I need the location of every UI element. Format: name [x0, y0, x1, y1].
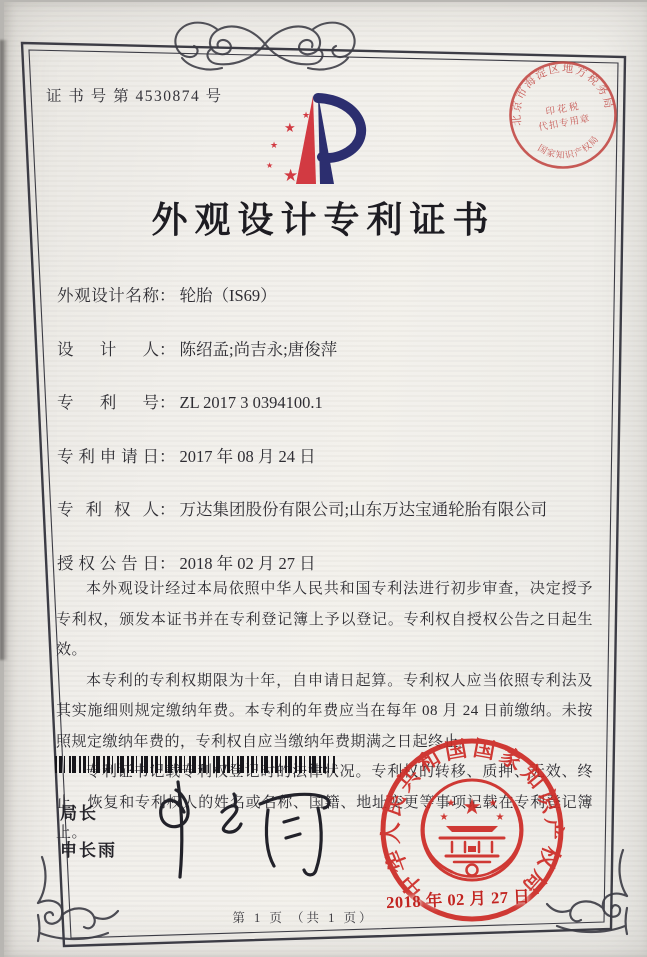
page-footer: 第 1 页 （共 1 页）	[0, 908, 607, 926]
certificate-fields: 外观设计名称：轮胎（IS69） 设计人：陈绍孟;尚吉永;唐俊萍 专利号：ZL 2…	[57, 282, 602, 603]
field-colon: ：	[159, 496, 176, 520]
certificate-title: 外观设计专利证书	[0, 192, 647, 243]
field-label: 授权公告日	[57, 550, 159, 574]
svg-text:国家知识产权局: 国家知识产权局	[535, 132, 603, 165]
field-colon: ：	[159, 443, 176, 467]
certificate-number: 证 书 号 第 4530874 号	[46, 84, 223, 106]
field-row-patentee: 专利权人：万达集团股份有限公司;山东万达宝通轮胎有限公司	[57, 496, 602, 520]
field-row-design-name: 外观设计名称：轮胎（IS69）	[57, 282, 602, 306]
field-colon: ：	[159, 550, 176, 574]
field-label: 专利号	[57, 389, 159, 413]
field-label: 专利权人	[57, 496, 159, 520]
field-row-patent-number: 专利号：ZL 2017 3 0394100.1	[57, 389, 602, 413]
star-icon: ★	[447, 798, 456, 809]
barcode	[55, 756, 336, 773]
svg-text:北京市海淀区地方税务局: 北京市海淀区地方税务局	[501, 53, 616, 128]
field-value: 陈绍孟;尚吉永;唐俊萍	[180, 340, 338, 359]
field-label: 设计人	[57, 336, 159, 360]
field-label: 专利申请日	[57, 443, 159, 467]
signer-block: 局长 申长雨	[60, 799, 117, 873]
field-value: 2018 年 02 月 27 日	[180, 554, 316, 573]
signer-name: 申长雨	[60, 836, 117, 861]
signer-role: 局长	[60, 799, 117, 824]
star-icon: ★	[266, 161, 273, 170]
star-icon: ★	[440, 812, 449, 823]
star-icon: ★	[270, 140, 278, 150]
star-icon: ★	[283, 166, 298, 185]
star-icon: ★	[489, 798, 498, 809]
tax-stamp-top-text: 北京市海淀区地方税务局	[501, 53, 616, 128]
field-label: 外观设计名称	[57, 282, 159, 306]
star-icon: ★	[284, 120, 296, 135]
field-colon: ：	[159, 389, 176, 413]
tax-stamp-icon: 北京市海淀区地方税务局 国家知识产权局 印 花 税 代扣专用章	[497, 49, 629, 181]
field-value: 2017 年 08 月 24 日	[180, 447, 316, 466]
field-value: ZL 2017 3 0394100.1	[180, 393, 323, 412]
tax-stamp-bottom-text: 国家知识产权局	[535, 132, 603, 165]
field-colon: ：	[159, 282, 176, 306]
field-value: 轮胎（IS69）	[180, 286, 277, 305]
field-row-grant-date: 授权公告日：2018 年 02 月 27 日	[57, 550, 602, 574]
signature-handwriting	[122, 772, 362, 887]
body-paragraph: 本外观设计经过本局依照中华人民共和国专利法进行初步审查，决定授予专利权，颁发本证…	[56, 574, 593, 666]
field-colon: ：	[159, 336, 176, 360]
national-emblem-icon: ★ ★ ★ ★ ★	[422, 780, 522, 880]
field-row-filing-date: 专利申请日：2017 年 08 月 24 日	[57, 443, 602, 467]
star-icon: ★	[496, 812, 505, 823]
star-icon: ★	[462, 794, 482, 819]
logo-navy-spike	[318, 94, 334, 184]
field-value: 万达集团股份有限公司;山东万达宝通轮胎有限公司	[180, 500, 548, 519]
field-row-designers: 设计人：陈绍孟;尚吉永;唐俊萍	[57, 336, 602, 360]
tax-stamp-center-line1: 印 花 税	[545, 100, 580, 118]
cnipa-logo-icon: ★ ★ ★ ★ ★	[256, 84, 386, 192]
